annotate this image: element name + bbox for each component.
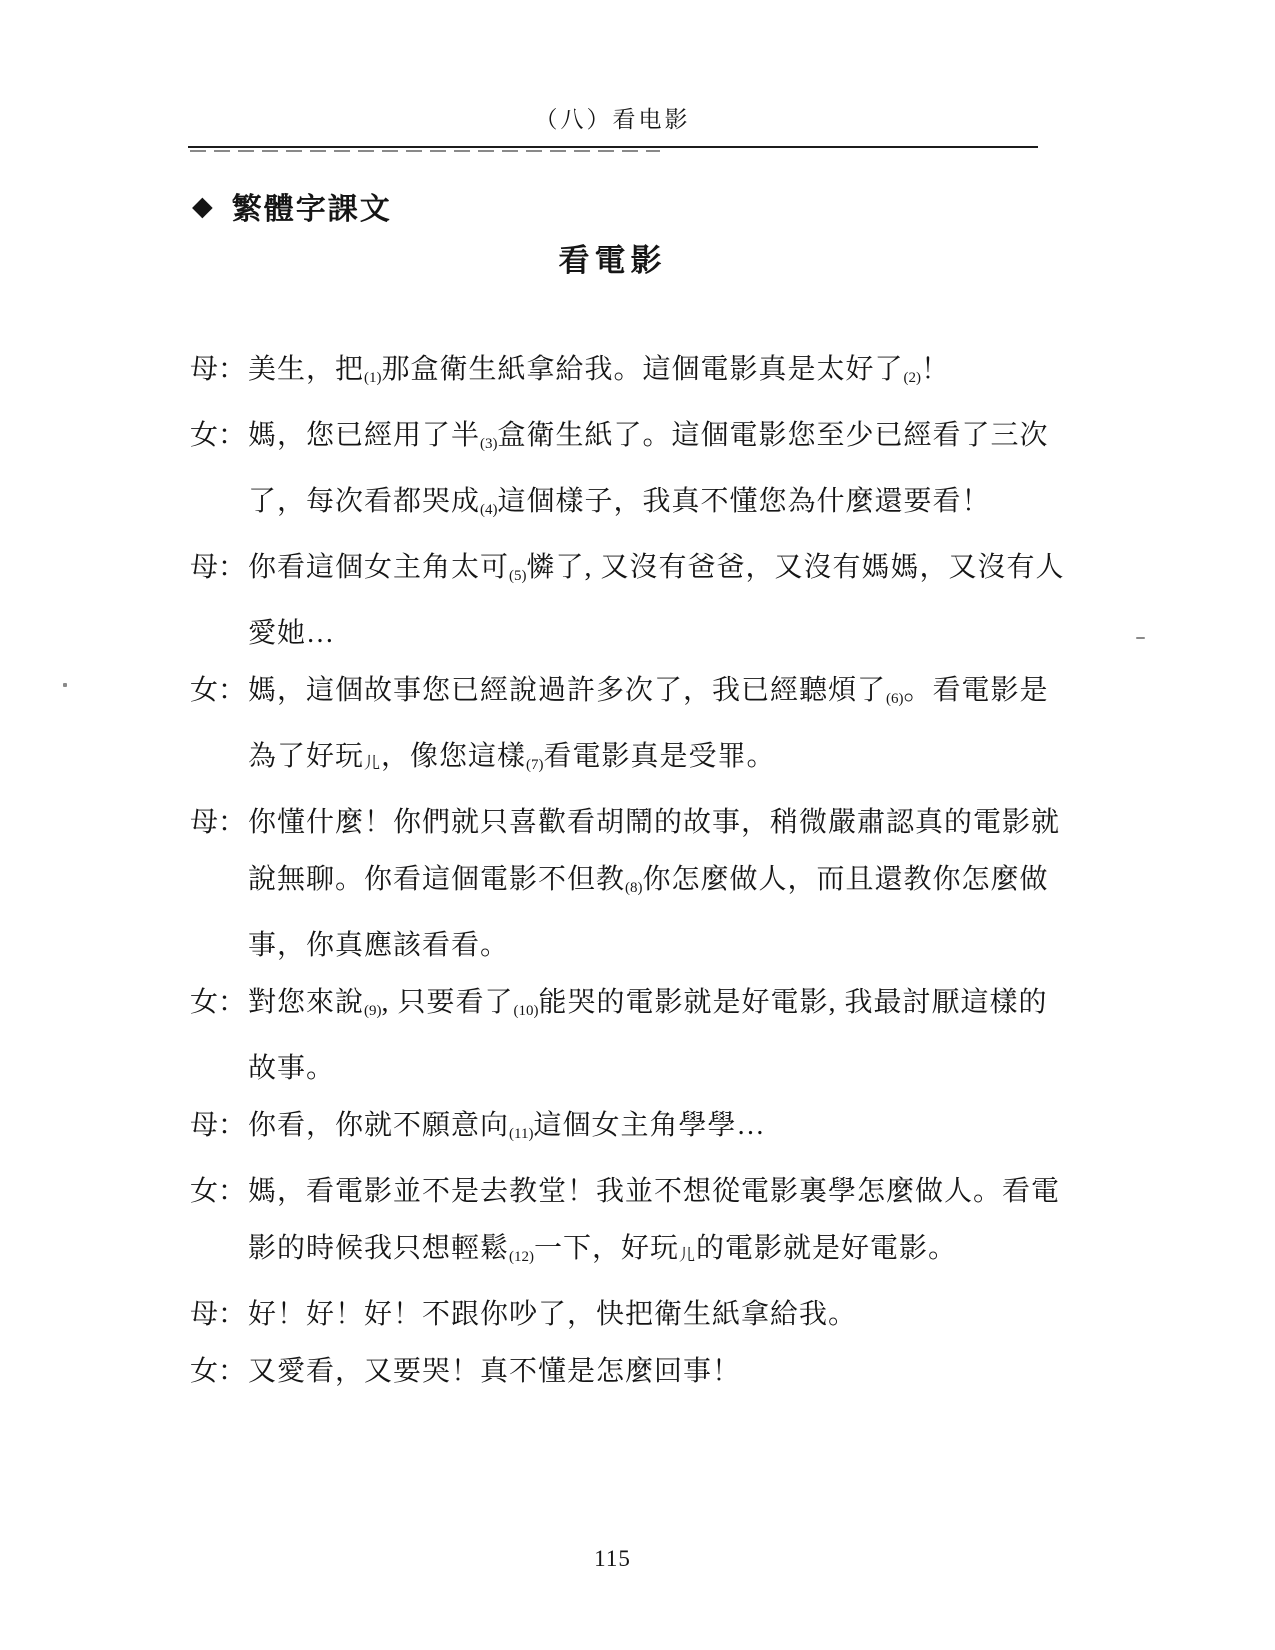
lesson-title: 看電影 <box>190 235 1035 280</box>
speaker-label <box>190 917 248 974</box>
dialogue-line: 母：好！好！好！不跟你吵了，快把衛生紙拿給我。 <box>190 1286 1052 1343</box>
document-page: （八）看电影 ◆ 繁體字課文 看電影 母：美生，把(1)那盒衛生紙拿給我。這個電… <box>0 0 1275 1650</box>
line-text: 你懂什麼！你們就只喜歡看胡鬧的故事，稍微嚴肅認真的電影就 <box>248 794 1060 851</box>
text-segment: 。看電影是 <box>904 675 1049 706</box>
dialogue: 母：美生，把(1)那盒衛生紙拿給我。這個電影真是太好了(2)！女：媽，您已經用了… <box>190 341 1052 1400</box>
text-segment: 的電影就是好電影。 <box>696 1233 957 1264</box>
dialogue-line: 影的時候我只想輕鬆(12)一下，好玩儿的電影就是好電影。 <box>190 1220 1052 1286</box>
line-text: 故事。 <box>248 1040 1052 1097</box>
annotation-number: (7) <box>526 757 544 773</box>
dialogue-line: 女：又愛看，又要哭！真不懂是怎麼回事！ <box>190 1343 1052 1400</box>
dialogue-line: 女：媽，看電影並不是去教堂！我並不想從電影裏學怎麼做人。看電 <box>190 1163 1052 1220</box>
text-segment: 對您來說 <box>248 987 364 1018</box>
annotation-number: (1) <box>364 370 382 386</box>
line-text: 你看這個女主角太可(5)憐了, 又沒有爸爸，又沒有媽媽，又沒有人 <box>248 539 1065 605</box>
speaker-label <box>190 851 248 917</box>
annotation-number: (5) <box>509 568 527 584</box>
text-segment: 盒衛生紙了。這個電影您至少已經看了三次 <box>498 420 1049 451</box>
annotation-number: (3) <box>480 436 498 452</box>
line-text: 為了好玩儿，像您這樣(7)看電影真是受罪。 <box>248 728 1052 794</box>
line-text: 又愛看，又要哭！真不懂是怎麼回事！ <box>248 1343 1052 1400</box>
speaker-label: 女： <box>190 1343 248 1400</box>
speaker-label <box>190 473 248 539</box>
text-segment: ！ <box>921 354 950 385</box>
dialogue-line: 女：媽，您已經用了半(3)盒衛生紙了。這個電影您至少已經看了三次 <box>190 407 1052 473</box>
line-text: 你看，你就不願意向(11)這個女主角學學… <box>248 1097 1052 1163</box>
dialogue-line: 母：你懂什麼！你們就只喜歡看胡鬧的故事，稍微嚴肅認真的電影就 <box>190 794 1052 851</box>
speaker-label <box>190 1220 248 1286</box>
speaker-label <box>190 605 248 662</box>
dialogue-line: 母：你看，你就不願意向(11)這個女主角學學… <box>190 1097 1052 1163</box>
annotation-number: (4) <box>480 502 498 518</box>
text-segment: 你怎麼做人，而且還教你怎麼做 <box>643 864 1049 895</box>
speaker-label <box>190 1040 248 1097</box>
dialogue-line: 說無聊。你看這個電影不但教(8)你怎麼做人，而且還教你怎麼做 <box>190 851 1052 917</box>
text-segment: 憐了, 又沒有爸爸，又沒有媽媽，又沒有人 <box>527 552 1065 583</box>
header-divider-line-rough <box>190 150 660 152</box>
section-heading: ◆ 繁體字課文 <box>192 184 392 228</box>
annotation-number: (11) <box>509 1126 533 1142</box>
speaker-label: 女： <box>190 407 248 473</box>
erhua-suffix: 儿 <box>364 755 381 772</box>
line-text: 事，你真應該看看。 <box>248 917 1052 974</box>
text-segment: ，像您這樣 <box>381 741 526 772</box>
dialogue-line: 女：對您來說(9), 只要看了(10)能哭的電影就是好電影, 我最討厭這樣的 <box>190 974 1052 1040</box>
text-segment: 一下，好玩 <box>534 1233 679 1264</box>
speaker-label: 母： <box>190 1097 248 1163</box>
text-segment: 又愛看，又要哭！真不懂是怎麼回事！ <box>248 1356 741 1387</box>
speaker-label: 母： <box>190 539 248 605</box>
dialogue-line: 了，每次看都哭成(4)這個樣子，我真不懂您為什麼還要看！ <box>190 473 1052 539</box>
annotation-number: (2) <box>904 370 922 386</box>
text-segment: 為了好玩 <box>248 741 364 772</box>
annotation-number: (6) <box>886 691 904 707</box>
text-segment: 媽，您已經用了半 <box>248 420 480 451</box>
text-segment: 你看這個女主角太可 <box>248 552 509 583</box>
line-text: 說無聊。你看這個電影不但教(8)你怎麼做人，而且還教你怎麼做 <box>248 851 1052 917</box>
text-segment: 這個女主角學學… <box>533 1110 765 1141</box>
dialogue-line: 故事。 <box>190 1040 1052 1097</box>
dialogue-line: 事，你真應該看看。 <box>190 917 1052 974</box>
erhua-suffix: 儿 <box>679 1247 696 1264</box>
speaker-label: 母： <box>190 794 248 851</box>
running-header: （八）看电影 <box>190 101 1035 134</box>
line-text: 了，每次看都哭成(4)這個樣子，我真不懂您為什麼還要看！ <box>248 473 1052 539</box>
text-segment: 好！好！好！不跟你吵了，快把衛生紙拿給我。 <box>248 1299 857 1330</box>
text-segment: 看電影真是受罪。 <box>544 741 776 772</box>
text-segment: 媽，這個故事您已經說過許多次了，我已經聽煩了 <box>248 675 886 706</box>
line-text: 愛她… <box>248 605 1052 662</box>
text-segment: 那盒衛生紙拿給我。這個電影真是太好了 <box>382 354 904 385</box>
text-segment: 媽，看電影並不是去教堂！我並不想從電影裏學怎麼做人。看電 <box>248 1176 1060 1207</box>
scan-artifact-dash <box>1136 637 1145 639</box>
page-number: 115 <box>190 1546 1035 1572</box>
line-text: 好！好！好！不跟你吵了，快把衛生紙拿給我。 <box>248 1286 1052 1343</box>
speaker-label: 女： <box>190 662 248 728</box>
text-segment: 事，你真應該看看。 <box>248 930 509 961</box>
header-divider-line <box>188 146 1038 148</box>
section-heading-label: 繁體字課文 <box>232 184 392 228</box>
text-segment: 能哭的電影就是好電影, 我最討厭這樣的 <box>539 987 1048 1018</box>
text-segment: 美生，把 <box>248 354 364 385</box>
line-text: 美生，把(1)那盒衛生紙拿給我。這個電影真是太好了(2)！ <box>248 341 1052 407</box>
diamond-bullet-icon: ◆ <box>192 191 215 222</box>
speaker-label <box>190 728 248 794</box>
text-segment: 故事。 <box>248 1053 335 1084</box>
line-text: 媽，看電影並不是去教堂！我並不想從電影裏學怎麼做人。看電 <box>248 1163 1060 1220</box>
dialogue-line: 母：你看這個女主角太可(5)憐了, 又沒有爸爸，又沒有媽媽，又沒有人 <box>190 539 1052 605</box>
line-text: 媽，這個故事您已經說過許多次了，我已經聽煩了(6)。看電影是 <box>248 662 1052 728</box>
annotation-number: (9) <box>364 1003 382 1019</box>
dialogue-line: 母：美生，把(1)那盒衛生紙拿給我。這個電影真是太好了(2)！ <box>190 341 1052 407</box>
text-segment: 說無聊。你看這個電影不但教 <box>248 864 625 895</box>
dialogue-line: 為了好玩儿，像您這樣(7)看電影真是受罪。 <box>190 728 1052 794</box>
line-text: 對您來說(9), 只要看了(10)能哭的電影就是好電影, 我最討厭這樣的 <box>248 974 1052 1040</box>
line-text: 媽，您已經用了半(3)盒衛生紙了。這個電影您至少已經看了三次 <box>248 407 1052 473</box>
speaker-label: 女： <box>190 1163 248 1220</box>
text-segment: 影的時候我只想輕鬆 <box>248 1233 509 1264</box>
dialogue-line: 女：媽，這個故事您已經說過許多次了，我已經聽煩了(6)。看電影是 <box>190 662 1052 728</box>
annotation-number: (8) <box>625 880 643 896</box>
text-segment: 你懂什麼！你們就只喜歡看胡鬧的故事，稍微嚴肅認真的電影就 <box>248 807 1060 838</box>
text-segment: 你看，你就不願意向 <box>248 1110 509 1141</box>
text-segment: 了，每次看都哭成 <box>248 486 480 517</box>
line-text: 影的時候我只想輕鬆(12)一下，好玩儿的電影就是好電影。 <box>248 1220 1052 1286</box>
text-segment: 這個樣子，我真不懂您為什麼還要看！ <box>498 486 991 517</box>
text-segment: 愛她… <box>248 618 335 649</box>
annotation-number: (10) <box>514 1003 539 1019</box>
annotation-number: (12) <box>509 1249 534 1265</box>
speaker-label: 母： <box>190 341 248 407</box>
dialogue-line: 愛她… <box>190 605 1052 662</box>
speaker-label: 母： <box>190 1286 248 1343</box>
speaker-label: 女： <box>190 974 248 1040</box>
text-segment: , 只要看了 <box>382 987 514 1018</box>
scan-artifact-dot <box>63 683 67 687</box>
